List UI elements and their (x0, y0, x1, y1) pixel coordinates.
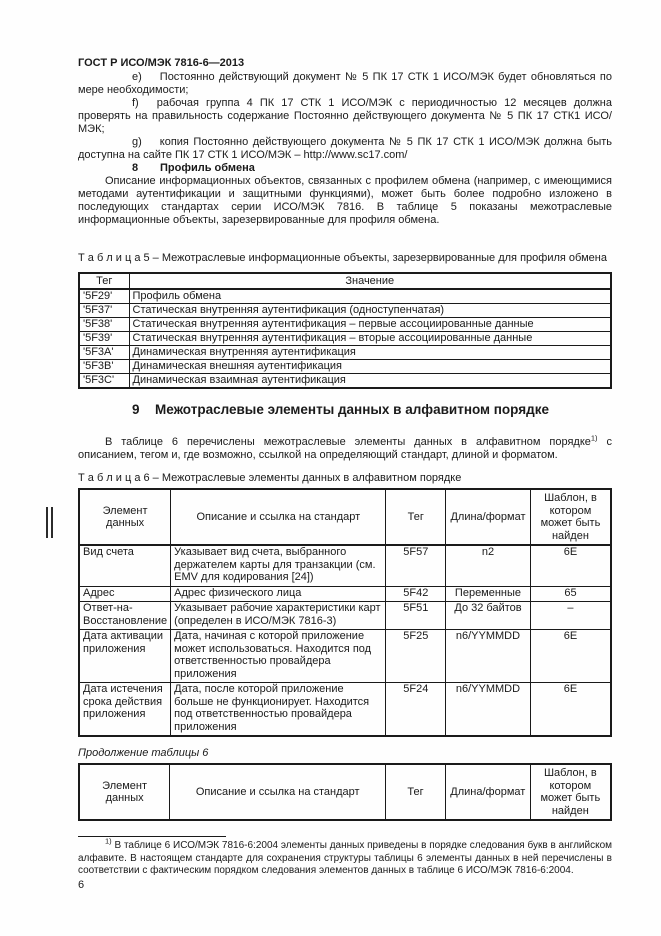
cell-value: Статическая внутренняя аутентификация (о… (129, 304, 611, 318)
cell-value: Динамическая внутренняя аутентификация (129, 346, 611, 360)
column-header-element: Элемент данных (79, 489, 171, 545)
cell-value: Профиль обмена (129, 289, 611, 304)
cell-value: Статическая внутренняя аутентификация – … (129, 332, 611, 346)
cell-length: До 32 байтов (446, 602, 531, 630)
cell-value: Динамическая внешняя аутентификация (129, 360, 611, 374)
cell-tag: '5F38' (79, 318, 129, 332)
column-header-description: Описание и ссылка на стандарт (170, 764, 386, 820)
column-header-element: Элемент данных (79, 764, 170, 820)
table-header-row: Элемент данных Описание и ссылка на стан… (79, 489, 611, 545)
table-5: Тег Значение '5F29'Профиль обмена '5F37'… (78, 272, 612, 389)
column-header-template: Шаблон, в котором может быть найден (530, 489, 611, 545)
cell-element: Адрес (79, 586, 171, 602)
cell-tag: '5F37' (79, 304, 129, 318)
footnote-reference: 1) (591, 433, 598, 442)
cell-element: Ответ-на-Восстановление (79, 602, 171, 630)
table-5-caption: Т а б л и ц а 5 – Межотраслевые информац… (78, 252, 612, 265)
list-item-label: g) (105, 136, 142, 149)
section-number: 9 (105, 402, 155, 418)
footnote-marker: 1) (105, 837, 112, 846)
cell-description: Указывает рабочие характеристики карт (о… (171, 602, 386, 630)
list-item-e: e)Постоянно действующий документ № 5 ПК … (78, 71, 612, 97)
cell-tag: '5F39' (79, 332, 129, 346)
column-header-length: Длина/формат (445, 764, 530, 820)
table-row: Вид счета Указывает вид счета, выбранног… (79, 545, 611, 586)
cell-length: Переменные (446, 586, 531, 602)
cell-tag: '5F3B' (79, 360, 129, 374)
footnote-text: В таблице 6 ИСО/МЭК 7816-6:2004 элементы… (78, 840, 612, 876)
table-header-row: Тег Значение (79, 273, 611, 289)
column-header-tag: Тег (386, 489, 446, 545)
list-item-f: f)рабочая группа 4 ПК 17 СТК 1 ИСО/МЭК с… (78, 97, 612, 136)
document-page: ГОСТ Р ИСО/МЭК 7816-6—2013 e)Постоянно д… (0, 0, 661, 936)
column-header-template: Шаблон, в котором может быть найден (530, 764, 611, 820)
cell-tag: '5F3A' (79, 346, 129, 360)
table-row: '5F3A'Динамическая внутренняя аутентифик… (79, 346, 611, 360)
cell-value: Динамическая взаимная аутентификация (129, 374, 611, 389)
cell-description: Указывает вид счета, выбранного держател… (171, 545, 386, 586)
list-item-text: рабочая группа 4 ПК 17 СТК 1 ИСО/МЭК с п… (78, 97, 612, 135)
table-6-continuation-caption: Продолжение таблицы 6 (78, 747, 612, 760)
column-header-length: Длина/формат (446, 489, 531, 545)
column-header-description: Описание и ссылка на стандарт (171, 489, 386, 545)
cell-tag: 5F25 (386, 630, 446, 683)
footnote-separator (78, 836, 226, 837)
column-header-tag: Тег (79, 273, 129, 289)
list-item-text: копия Постоянно действующего документа №… (78, 136, 612, 161)
cell-template: 6E (530, 683, 611, 737)
table-row: '5F38'Статическая внутренняя аутентифика… (79, 318, 611, 332)
page-content: ГОСТ Р ИСО/МЭК 7816-6—2013 e)Постоянно д… (78, 57, 612, 892)
cell-element: Вид счета (79, 545, 171, 586)
table-row: Дата активации приложения Дата, начиная … (79, 630, 611, 683)
cell-tag: 5F24 (386, 683, 446, 737)
list-item-text: Постоянно действующий документ № 5 ПК 17… (78, 71, 612, 96)
cell-template: – (530, 602, 611, 630)
paragraph-text: В таблице 6 перечислены межотраслевые эл… (105, 436, 591, 448)
cell-length: n2 (446, 545, 531, 586)
cell-value: Статическая внутренняя аутентификация – … (129, 318, 611, 332)
table-row: Ответ-на-Восстановление Указывает рабочи… (79, 602, 611, 630)
cell-element: Дата истечения срока действия приложения (79, 683, 171, 737)
table-row: '5F3B'Динамическая внешняя аутентификаци… (79, 360, 611, 374)
section-9-paragraph: В таблице 6 перечислены межотраслевые эл… (78, 436, 612, 462)
section-9-heading: 9Межотраслевые элементы данных в алфавит… (78, 402, 612, 418)
cell-description: Адрес физического лица (171, 586, 386, 602)
cell-description: Дата, начиная с которой приложение может… (171, 630, 386, 683)
cell-length: n6/YYMMDD (446, 683, 531, 737)
table-row: Дата истечения срока действия приложения… (79, 683, 611, 737)
column-header-tag: Тег (386, 764, 446, 820)
page-number: 6 (78, 879, 612, 892)
table-6-caption: Т а б л и ц а 6 – Межотраслевые элементы… (78, 472, 612, 485)
cell-tag: 5F57 (386, 545, 446, 586)
cell-description: Дата, после которой приложение больше не… (171, 683, 386, 737)
cell-template: 6E (530, 545, 611, 586)
cell-length: n6/YYMMDD (446, 630, 531, 683)
section-title: Профиль обмена (160, 162, 255, 174)
table-row: '5F37'Статическая внутренняя аутентифика… (79, 304, 611, 318)
section-number: 8 (105, 162, 160, 175)
footnote: 1) В таблице 6 ИСО/МЭК 7816-6:2004 элеме… (78, 840, 612, 878)
cell-tag: '5F3C' (79, 374, 129, 389)
table-row: '5F39'Статическая внутренняя аутентифика… (79, 332, 611, 346)
cell-tag: '5F29' (79, 289, 129, 304)
margin-change-bars (46, 507, 53, 538)
list-item-label: f) (105, 97, 139, 110)
section-8-heading: 8Профиль обмена (78, 162, 612, 175)
table-row: '5F3C'Динамическая взаимная аутентификац… (79, 374, 611, 389)
cell-template: 65 (530, 586, 611, 602)
table-header-row: Элемент данных Описание и ссылка на стан… (79, 764, 611, 820)
table-row: '5F29'Профиль обмена (79, 289, 611, 304)
section-8-paragraph: Описание информационных объектов, связан… (78, 175, 612, 227)
table-6-continuation: Элемент данных Описание и ссылка на стан… (78, 763, 612, 821)
cell-tag: 5F51 (386, 602, 446, 630)
table-row: Адрес Адрес физического лица 5F42 Переме… (79, 586, 611, 602)
cell-element: Дата активации приложения (79, 630, 171, 683)
section-title: Межотраслевые элементы данных в алфавитн… (155, 402, 549, 417)
cell-tag: 5F42 (386, 586, 446, 602)
document-header-title: ГОСТ Р ИСО/МЭК 7816-6—2013 (78, 57, 612, 70)
cell-template: 6E (530, 630, 611, 683)
column-header-value: Значение (129, 273, 611, 289)
list-item-g: g)копия Постоянно действующего документа… (78, 136, 612, 162)
table-6: Элемент данных Описание и ссылка на стан… (78, 488, 612, 737)
list-item-label: e) (105, 71, 142, 84)
